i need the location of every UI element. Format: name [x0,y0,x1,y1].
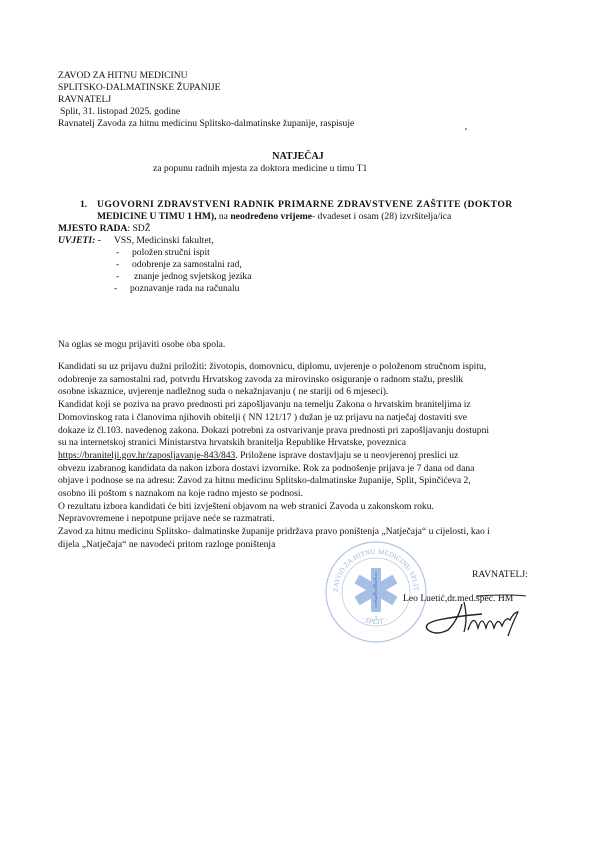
position-title-line1: UGOVORNI ZDRAVSTVENI RADNIK PRIMARNE ZDR… [97,199,513,211]
condition-item: VSS, Medicinski fakultet, [114,235,214,247]
intro-line: Ravnatelj Zavoda za hitnu medicinu Split… [58,118,354,130]
official-stamp-icon: ZAVOD ZA HITNU MEDICINU SPLITSKO-DALMATI… [324,540,428,644]
work-location: MJESTO RADA: SDŽ [58,223,151,235]
sender-role: RAVNATELJ [58,94,111,106]
veterans-ministry-link[interactable]: https://branitelji.gov.hr/zaposljavanje-… [58,450,235,461]
position-number: 1. [80,199,87,211]
paragraph-line: osobno ili poštom s naznakom na koje rad… [58,488,558,501]
condition-bullet: - [114,283,117,295]
paragraph-line: dokaze iz čl.103. navedenog zakona. Doka… [58,425,558,438]
condition-item: poznavanje rada na računalu [130,283,239,295]
paragraph-line: Zavod za hitnu medicinu Splitsko- dalmat… [58,526,558,539]
application-requirements: Kandidati su uz prijavu dužni priložiti:… [58,361,558,552]
handwritten-signature-icon [418,590,528,638]
document-title: NATJEČAJ [0,151,596,163]
paragraph-line-with-link: https://branitelji.gov.hr/zaposljavanje-… [58,450,558,463]
paragraph-line: obvezu izabranog kandidata da nakon izbo… [58,463,558,476]
conditions-label: UVJETI: - [58,235,101,247]
gender-note: Na oglas se mogu prijaviti osobe oba spo… [58,339,225,351]
institution-county: SPLITSKO-DALMATINSKE ŽUPANIJE [58,82,220,94]
date-line: Split, 31. listopad 2025. godine [60,106,180,118]
paragraph-line: O rezultatu izbora kandidati će biti izv… [58,501,558,514]
work-location-label: MJESTO RADA [58,223,127,234]
paragraph-text: . Priložene isprave dostavljaju se u neo… [235,450,458,461]
paragraph-line: odobrenje za samostalni rad, potvrdu Hrv… [58,374,558,387]
condition-item: odobrenje za samostalni rad, [132,259,242,271]
position-count: - dvadeset i osam (28) izvršitelja/ica [312,211,451,222]
contract-type: neodređeno vrijeme [230,211,312,222]
condition-item: znanje jednog svjetskog jezika [134,271,252,283]
paragraph-line: Nepravovremene i nepotpune prijave neće … [58,513,558,526]
work-location-value: : SDŽ [127,223,150,234]
condition-bullet: - [116,247,119,259]
condition-item: položen stručni ispit [132,247,210,259]
position-title-line2: MEDICINE U TIMU 1 HM), na neodređeno vri… [97,211,451,223]
document-subtitle: za popunu radnih mjesta za doktora medic… [153,163,367,175]
paragraph-line: osobne iskaznice, uvjerenje nadležnog su… [58,386,558,399]
institution-name: ZAVOD ZA HITNU MEDICINU [58,70,188,82]
signatory-role: RAVNATELJ: [472,569,528,581]
paragraph-line: dijela „Natječaja“ ne navodeći pritom ra… [58,539,558,552]
position-title-bold: MEDICINE U TIMU 1 HM), [97,211,216,222]
svg-text:1: 1 [375,616,378,622]
paragraph-line: objave i podnose se na adresu: Zavod za … [58,475,558,488]
scan-speck [465,128,467,130]
condition-bullet: - [116,259,119,271]
position-title-mid: na [216,211,230,222]
paragraph-line: su na internetskoj stranici Ministarstva… [58,437,558,450]
paragraph-line: Kandidat koji se poziva na pravo prednos… [58,399,558,412]
paragraph-line: Kandidati su uz prijavu dužni priložiti:… [58,361,558,374]
paragraph-line: Domovinskog rata i članovima njihovih ob… [58,412,558,425]
condition-bullet: - [116,271,119,283]
